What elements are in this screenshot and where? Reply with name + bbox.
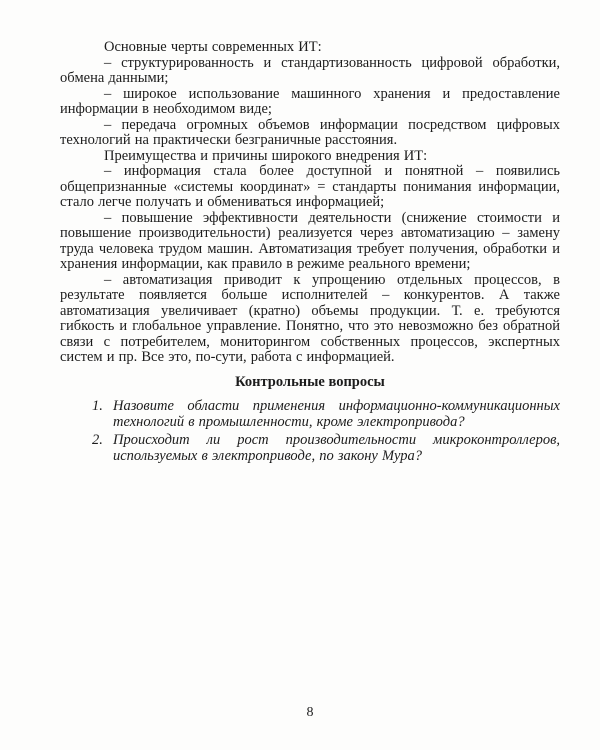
question-text: Назовите области применения информационн…	[113, 399, 560, 430]
question-text: Происходит ли рост производительности ми…	[113, 433, 560, 464]
scanned-book-page: { "colors": { "paper": "#fdfdfc", "ink":…	[0, 0, 600, 750]
question-item-2: 2. Происходит ли рост производительности…	[92, 433, 560, 464]
paragraph-bullet-efficiency: – повышение эффективности деятельности (…	[60, 211, 560, 273]
paragraph-bullet-structured: – структурированность и стандартизованно…	[60, 56, 560, 87]
paragraph-bullet-automation: – автоматизация приводит к упрощению отд…	[60, 273, 560, 366]
question-number: 1.	[92, 399, 113, 430]
body-text: Основные черты современных ИТ: – структу…	[60, 40, 560, 366]
paragraph-bullet-data-transfer: – передача огромных объемов информации п…	[60, 118, 560, 149]
question-number: 2.	[92, 433, 113, 464]
paragraph-intro-it-advantages: Преимущества и причины широкого внедрени…	[60, 149, 560, 165]
page-number: 8	[60, 705, 560, 721]
document-page: Основные черты современных ИТ: – структу…	[60, 40, 560, 467]
question-item-1: 1. Назовите области применения информаци…	[92, 399, 560, 430]
questions-list: 1. Назовите области применения информаци…	[60, 399, 560, 464]
paragraph-bullet-information-access: – информация стала более доступной и пон…	[60, 164, 560, 211]
section-heading-control-questions: Контрольные вопросы	[60, 375, 560, 391]
paragraph-bullet-machine-storage: – широкое использование машинного хранен…	[60, 87, 560, 118]
paragraph-intro-it-features: Основные черты современных ИТ:	[60, 40, 560, 56]
